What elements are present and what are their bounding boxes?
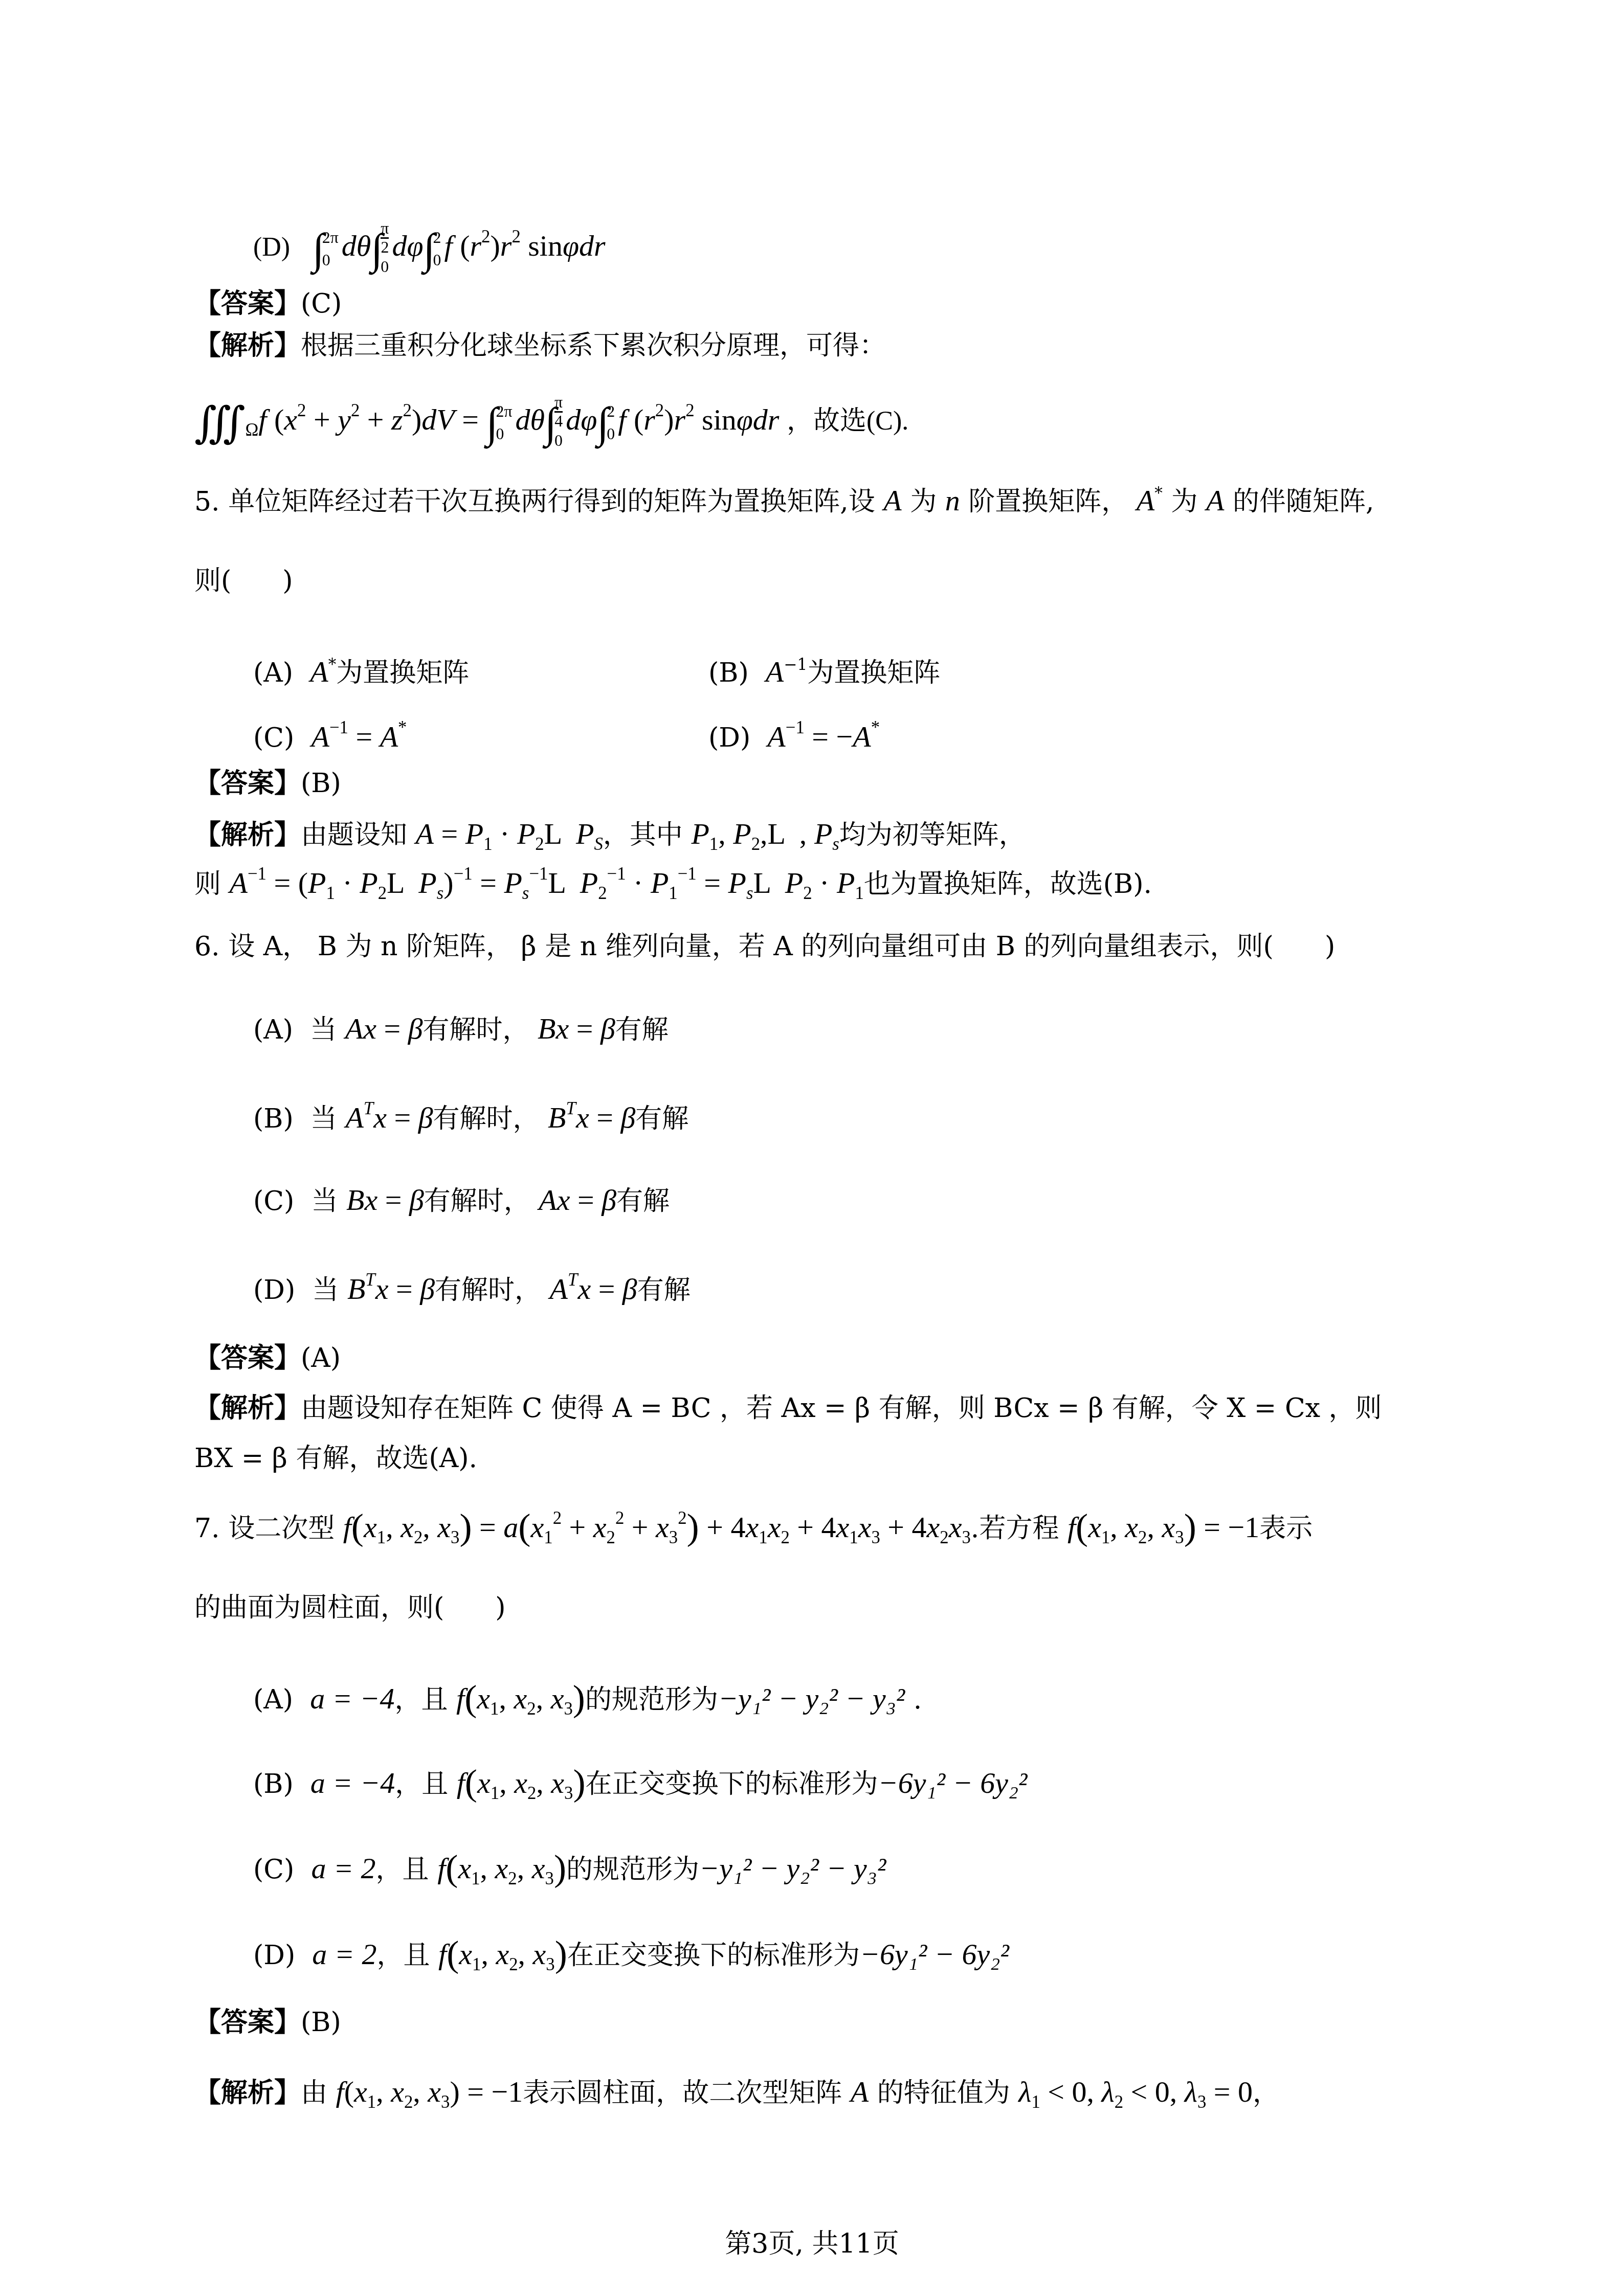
analysis-tag: 【解析】 <box>194 330 301 361</box>
analysis-text: 也为置换矩阵，故选(B). <box>864 869 1152 899</box>
option-text: 有解 <box>616 1186 670 1217</box>
analysis-tag: 【解析】 <box>194 2078 301 2108</box>
analysis-text: BX = β 有解，故选(A). <box>194 1443 477 1474</box>
stem-text: ) <box>1325 931 1335 962</box>
q6-option-b: (B) 当 ATx = β有解时， BTx = β有解 <box>253 1103 688 1133</box>
option-text: 有解时， <box>423 1015 529 1045</box>
option-condition: a = 2 <box>312 1938 376 1971</box>
q4-formula: ∭Ωf (x2 + y2 + z2)dV = ∫2π0dθ∫π40dφ∫20f … <box>194 394 908 452</box>
option-text: ，且 <box>376 1940 430 1971</box>
analysis-tag: 【解析】 <box>194 1393 301 1424</box>
option-condition: a = −4 <box>310 1682 394 1715</box>
stem-text: 的伴随矩阵, <box>1233 486 1374 517</box>
stem-text: 为 <box>1171 486 1197 517</box>
stem-text: 则( <box>194 566 231 596</box>
analysis-text: 则 <box>194 869 221 899</box>
stem-text: ) <box>282 566 293 596</box>
option-label: (A) <box>253 1015 293 1045</box>
q5-option-d: (D) A−1 = −A* <box>708 722 880 752</box>
answer-value: (A) <box>301 1343 341 1374</box>
analysis-text: ， <box>1253 2078 1279 2108</box>
q5-stem-line2: 则() <box>194 568 293 594</box>
option-condition: a = 2 <box>311 1852 375 1885</box>
option-text: 为置换矩阵 <box>807 658 940 688</box>
option-text: 的规范形为 <box>585 1684 718 1715</box>
q5-option-b: (B) A−1为置换矩阵 <box>708 657 940 687</box>
stem-text: 单位矩阵经过若干次互换两行得到的矩阵为置换矩阵,设 <box>228 486 875 517</box>
option-text: ，且 <box>376 1854 429 1885</box>
analysis-text: 根据三重积分化球坐标系下累次积分原理，可得： <box>301 330 886 361</box>
option-text: ，且 <box>395 1769 448 1799</box>
q7-option-a: (A) a = −4，且 f(x1, x2, x3)的规范形为−y₁² − y₂… <box>253 1680 922 1717</box>
option-text: 有解时， <box>424 1186 530 1217</box>
q5-option-c: (C) A−1 = A* <box>253 722 407 752</box>
option-form: −6y₁² − 6y₂² <box>878 1766 1028 1799</box>
option-text: 有解时， <box>433 1104 540 1134</box>
option-label: (A) <box>253 658 293 688</box>
option-label: (D) <box>253 1940 295 1971</box>
q6-option-a: (A) 当 Ax = β有解时， Bx = β有解 <box>253 1014 669 1044</box>
question-number: 7. <box>194 1513 220 1544</box>
analysis-text: 均为初等矩阵， <box>839 820 1026 850</box>
answer-value: (B) <box>301 2007 341 2038</box>
option-text: 有解 <box>637 1275 691 1305</box>
q6-analysis-line1: 【解析】由题设知存在矩阵 C 使得 A = BC ，若 Ax = β 有解，则 … <box>194 1395 1382 1422</box>
option-text: 为置换矩阵 <box>336 658 469 688</box>
option-label: (D) <box>708 723 750 753</box>
answer-tag: 【答案】 <box>194 768 301 799</box>
answer-value: (B) <box>301 768 341 799</box>
option-text: 当 <box>311 1186 338 1217</box>
option-label: (B) <box>253 1769 294 1799</box>
stem-text: 设二次型 <box>228 1513 335 1544</box>
option-text: . <box>905 1684 922 1715</box>
analysis-text: 由题设知 <box>301 820 407 850</box>
q6-option-c: (C) 当 Bx = β有解时， Ax = β有解 <box>253 1185 670 1215</box>
answer-tag: 【答案】 <box>194 2007 301 2038</box>
option-label: (A) <box>253 1684 293 1715</box>
stem-text: 为 <box>910 486 937 517</box>
option-text: 有解 <box>635 1104 688 1134</box>
option-label: (D) <box>253 233 290 262</box>
analysis-text: ，其中 <box>603 820 683 850</box>
option-label: (C) <box>253 1854 294 1885</box>
q7-option-b: (B) a = −4，且 f(x1, x2, x3)在正交变换下的标准形为−6y… <box>253 1764 1027 1802</box>
q6-stem: 6. 设 A， B 为 n 阶矩阵， β 是 n 维列向量，若 A 的列向量组可… <box>194 933 1335 960</box>
stem-text: 表示 <box>1259 1513 1312 1544</box>
stem-text: .若方程 <box>971 1513 1059 1544</box>
option-label: (B) <box>708 658 749 688</box>
option-text: 在正交变换下的标准形为 <box>567 1940 860 1971</box>
q6-analysis-line2: BX = β 有解，故选(A). <box>194 1445 477 1472</box>
option-text: 有解时， <box>435 1275 541 1305</box>
q5-analysis-line2: 则 A−1 = (P1 · P2L Ps)−1 = Ps−1L P2−1 · P… <box>194 868 1152 898</box>
option-condition: a = −4 <box>310 1766 395 1799</box>
option-form: −6y₁² − 6y₂² <box>860 1938 1009 1971</box>
option-text: 当 <box>312 1275 339 1305</box>
q4-option-d: (D) ∫2π0dθ∫π20dφ∫20f (r2)r2 sinφdr <box>253 220 606 278</box>
question-number: 6. <box>194 931 220 962</box>
q7-option-c: (C) a = 2，且 f(x1, x2, x3)的规范形为−y₁² − y₂²… <box>253 1850 886 1887</box>
q4-analysis: 【解析】根据三重积分化球坐标系下累次积分原理，可得： <box>194 332 886 359</box>
option-text: 的规范形为 <box>566 1854 699 1885</box>
q7-answer: 【答案】(B) <box>194 2009 341 2036</box>
q5-option-a: (A) A*为置换矩阵 <box>253 657 469 687</box>
formula-suffix: ，故选(C). <box>787 407 908 436</box>
q5-stem: 5. 单位矩阵经过若干次互换两行得到的矩阵为置换矩阵,设 A 为 n 阶置换矩阵… <box>194 486 1374 515</box>
analysis-text: 的特征值为 <box>877 2078 1010 2108</box>
option-label: (B) <box>253 1104 294 1134</box>
analysis-text: 表示圆柱面，故二次型矩阵 <box>523 2078 842 2108</box>
option-form: −y₁² − y₂² − y₃² <box>718 1682 905 1715</box>
option-text: 当 <box>310 1015 337 1045</box>
stem-text: 阶置换矩阵， <box>968 486 1128 517</box>
q5-answer: 【答案】(B) <box>194 770 341 797</box>
q6-answer: 【答案】(A) <box>194 1345 341 1371</box>
page-footer: 第3页, 共11页 <box>0 2222 1624 2260</box>
stem-text: 设 A， B 为 n 阶矩阵， β 是 n 维列向量，若 A 的列向量组可由 B… <box>228 931 1274 962</box>
q4-answer: 【答案】(C) <box>194 290 342 317</box>
answer-tag: 【答案】 <box>194 288 301 319</box>
option-label: (C) <box>253 723 294 753</box>
q5-analysis-line1: 【解析】由题设知 A = P1 · P2L PS，其中 P1, P2,L , P… <box>194 819 1026 849</box>
q7-stem-line2: 的曲面为圆柱面，则() <box>194 1594 506 1621</box>
option-form: −y₁² − y₂² − y₃² <box>699 1852 886 1885</box>
answer-tag: 【答案】 <box>194 1343 301 1374</box>
q6-option-d: (D) 当 BTx = β有解时， ATx = β有解 <box>253 1274 691 1304</box>
q7-stem: 7. 设二次型 f(x1, x2, x3) = a(x12 + x22 + x3… <box>194 1509 1312 1546</box>
analysis-tag: 【解析】 <box>194 820 301 850</box>
option-text: ，且 <box>394 1684 448 1715</box>
option-label: (D) <box>253 1275 295 1305</box>
question-number: 5. <box>194 486 220 517</box>
q7-option-d: (D) a = 2，且 f(x1, x2, x3)在正交变换下的标准形为−6y₁… <box>253 1935 1009 1973</box>
option-text: 有解 <box>615 1015 669 1045</box>
stem-text: ) <box>495 1592 505 1623</box>
q7-analysis: 【解析】由 f(x1, x2, x3) = −1表示圆柱面，故二次型矩阵 A 的… <box>194 2077 1279 2107</box>
option-label: (C) <box>253 1186 294 1217</box>
formula: ∫2π0dθ∫π20dφ∫20f (r2)r2 sinφdr <box>313 229 606 262</box>
analysis-text: 由 <box>301 2078 327 2108</box>
answer-value: (C) <box>301 288 342 319</box>
option-text: 在正交变换下的标准形为 <box>586 1769 878 1799</box>
stem-text: 的曲面为圆柱面，则( <box>194 1592 444 1623</box>
analysis-text: 由题设知存在矩阵 C 使得 A = BC ，若 Ax = β 有解，则 BCx … <box>301 1393 1382 1424</box>
option-text: 当 <box>310 1104 337 1134</box>
